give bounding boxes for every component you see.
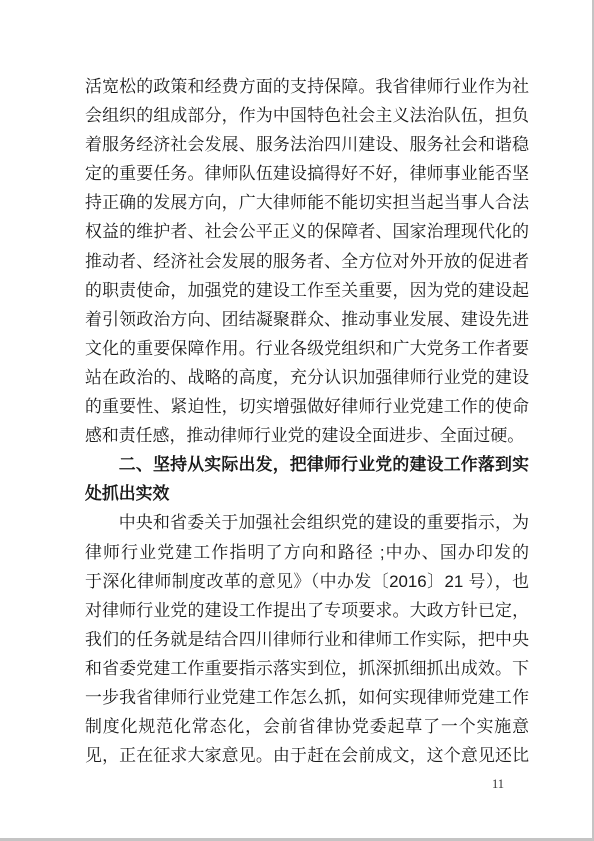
body-line: 定的重要任务。律师队伍建设搞得好不好，律师事业能否坚 (85, 159, 529, 188)
body-line: 感和责任感，推动律师行业党的建设全面进步、全面过硬。 (85, 421, 529, 450)
body-line: 一步我省律师行业党建工作怎么抓，如何实现律师党建工作 (85, 683, 529, 712)
body-line: 会组织的组成部分，作为中国特色社会主义法治队伍，担负 (85, 101, 529, 130)
heading-line: 二、坚持从实际出发，把律师行业党的建设工作落到实 (85, 450, 529, 479)
heading-line: 处抓出实效 (85, 479, 529, 508)
body-line: 于深化律师制度改革的意见》（中办发〔2016〕21 号），也 (85, 567, 529, 596)
body-line: 我们的任务就是结合四川律师行业和律师工作实际，把中央 (85, 625, 529, 654)
body-line: 的重要性、紧迫性，切实增强做好律师行业党建工作的使命 (85, 392, 529, 421)
body-line: 中央和省委关于加强社会组织党的建设的重要指示，为 (85, 508, 529, 537)
body-line: 着服务经济社会发展、服务法治四川建设、服务社会和谐稳 (85, 130, 529, 159)
document-page: 活宽松的政策和经费方面的支持保障。我省律师行业作为社会组织的组成部分，作为中国特… (0, 0, 594, 841)
body-line: 推动者、经济社会发展的服务者、全方位对外开放的促进者 (85, 247, 529, 276)
body-line: 持正确的发展方向，广大律师能不能切实担当起当事人合法 (85, 188, 529, 217)
body-line: 活宽松的政策和经费方面的支持保障。我省律师行业作为社 (85, 72, 529, 101)
body-line: 站在政治的、战略的高度，充分认识加强律师行业党的建设 (85, 363, 529, 392)
body-line: 着引领政治方向、团结凝聚群众、推动事业发展、建设先进 (85, 305, 529, 334)
document-body: 活宽松的政策和经费方面的支持保障。我省律师行业作为社会组织的组成部分，作为中国特… (85, 72, 529, 770)
body-line: 和省委党建工作重要指示落实到位，抓深抓细抓出成效。下 (85, 654, 529, 683)
body-line: 对律师行业党的建设工作提出了专项要求。大政方针已定， (85, 596, 529, 625)
page-number: 11 (477, 777, 519, 792)
body-line: 见，正在征求大家意见。由于赶在会前成文，这个意见还比 (85, 741, 529, 770)
body-line: 律师行业党建工作指明了方向和路径 ;中办、国办印发的《关 (85, 538, 529, 567)
body-line: 权益的维护者、社会公平正义的保障者、国家治理现代化的 (85, 217, 529, 246)
body-line: 制度化规范化常态化，会前省律协党委起草了一个实施意 (85, 712, 529, 741)
body-line: 文化的重要保障作用。行业各级党组织和广大党务工作者要 (85, 334, 529, 363)
body-line: 的职责使命，加强党的建设工作至关重要，因为党的建设起 (85, 276, 529, 305)
